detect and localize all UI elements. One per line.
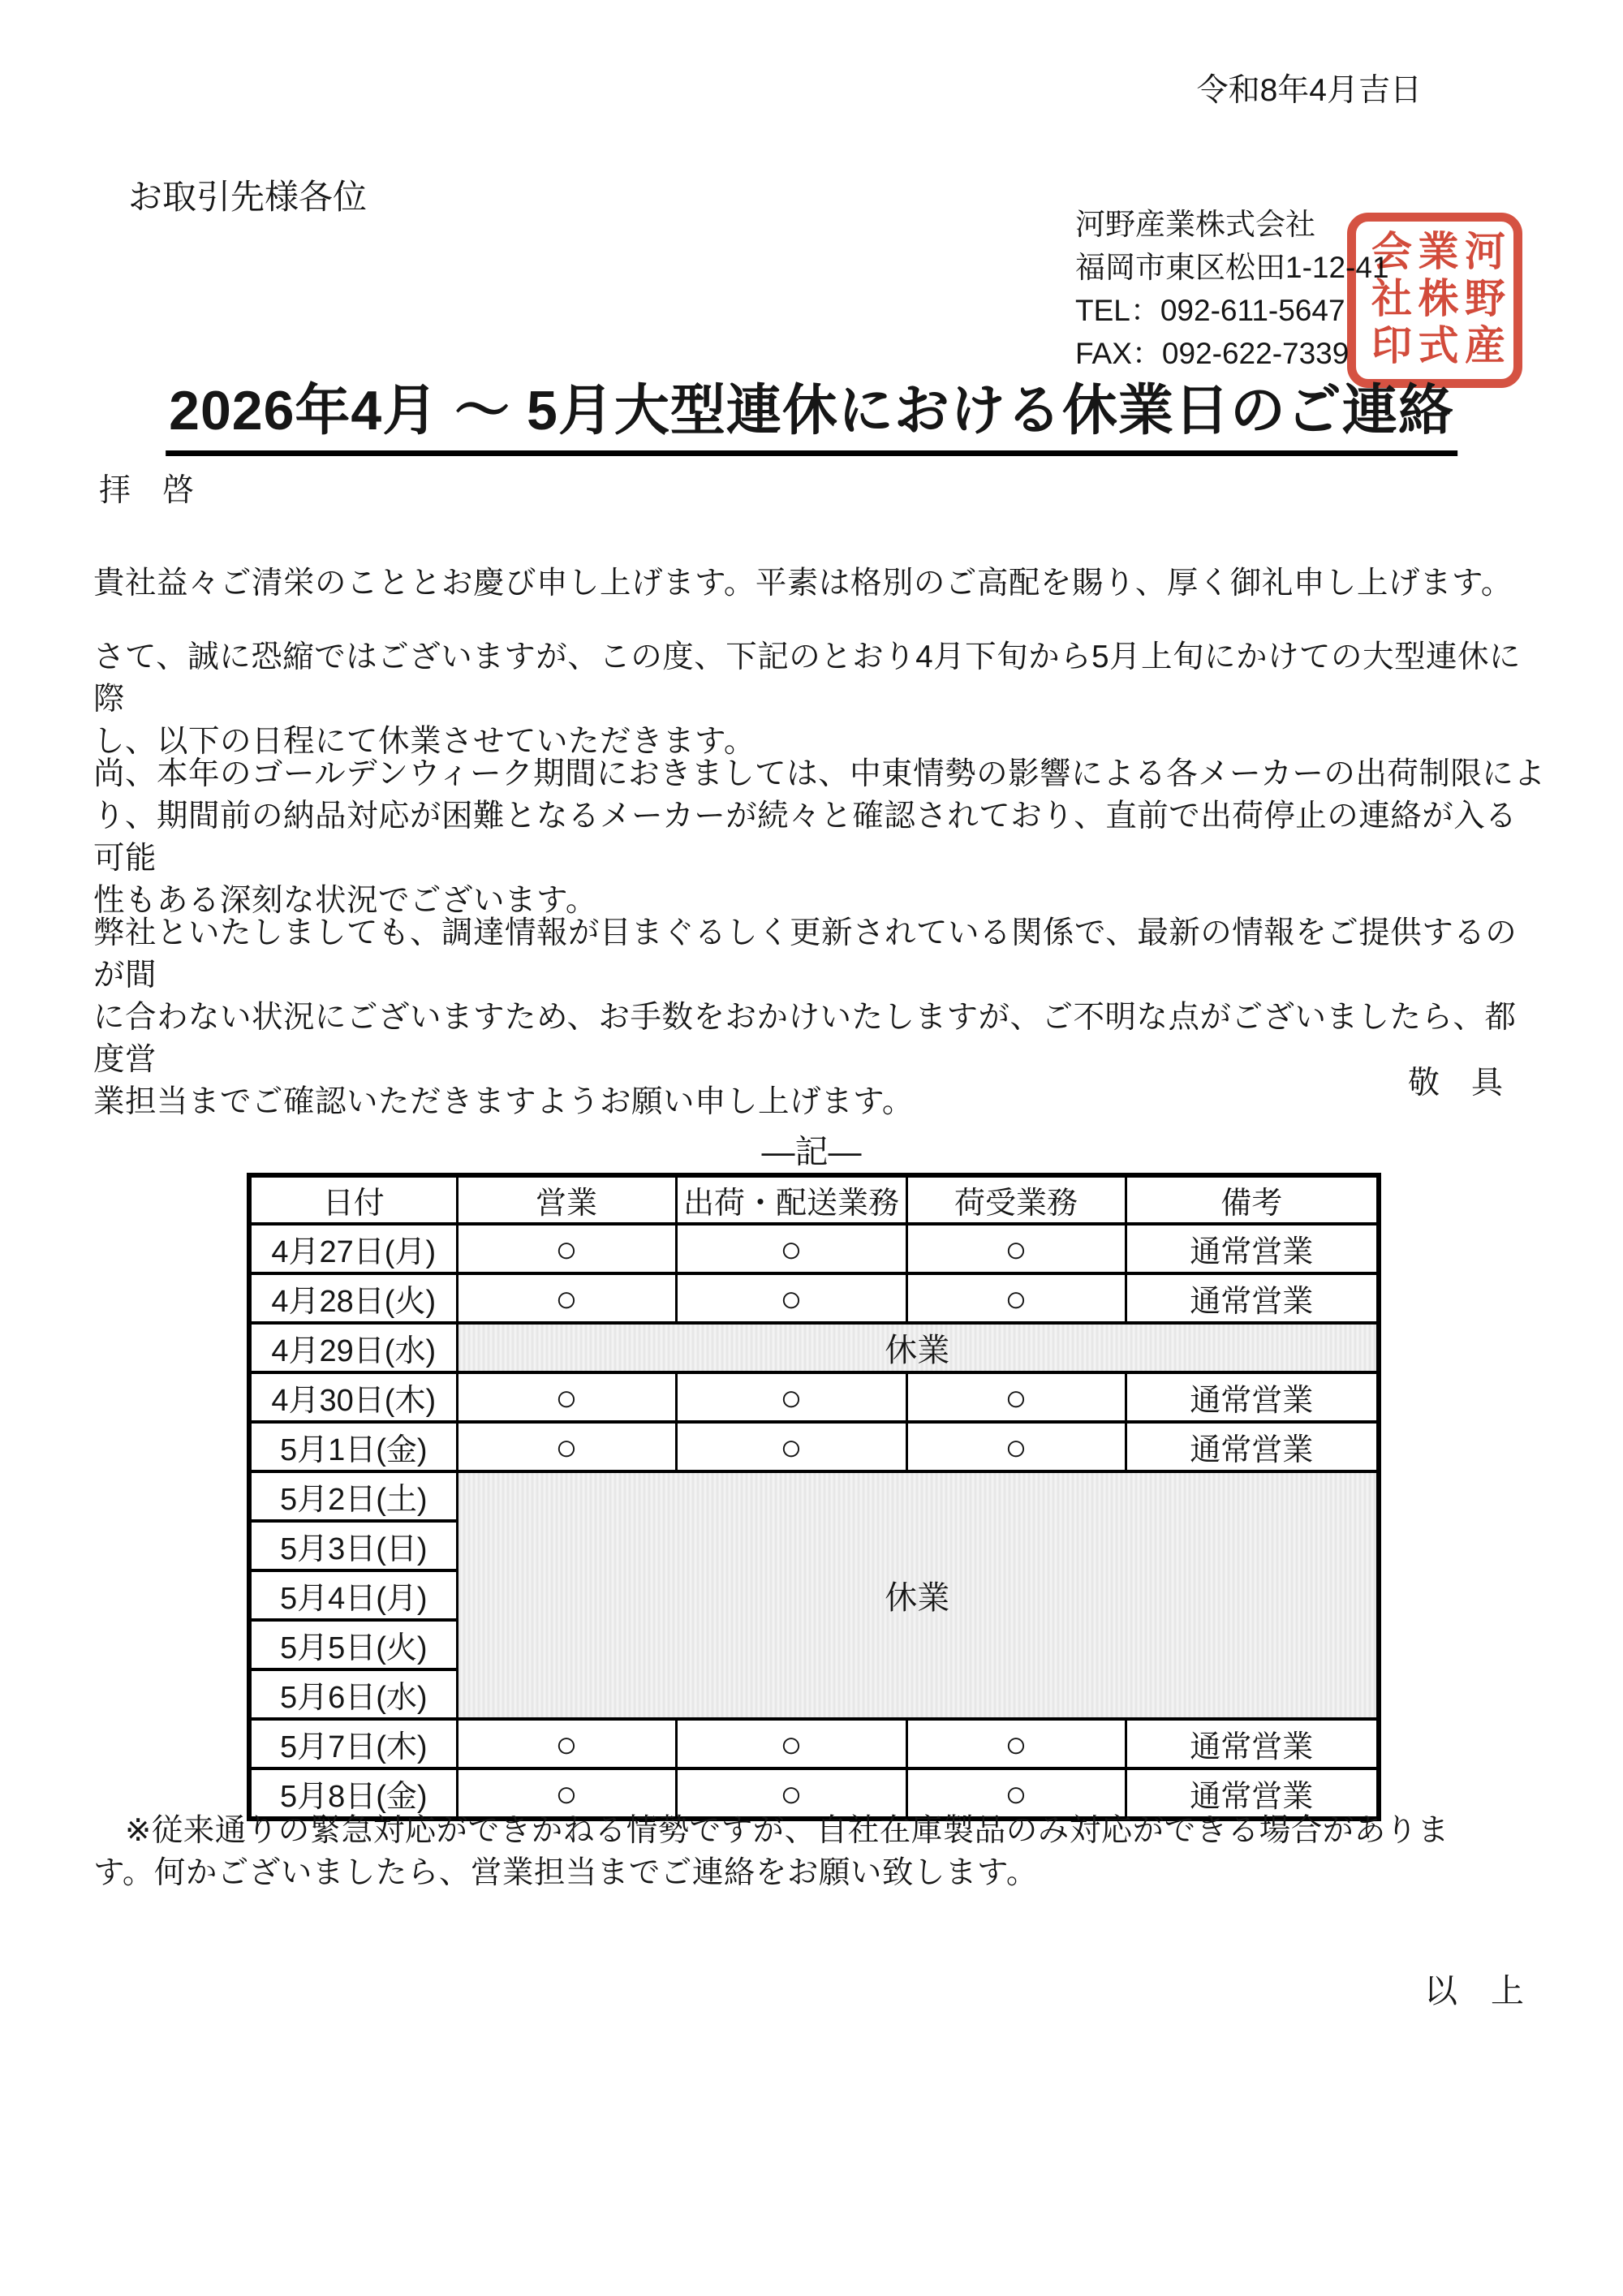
seal-column-middle: 業株式 [1413,230,1457,371]
remarks-cell: 通常営業 [1126,1719,1379,1768]
table-header-cell: 出荷・配送業務 [676,1175,906,1224]
table-row: 5月2日(土)休業 [249,1471,1379,1521]
company-tel: TEL：092-611-5647 [1075,289,1389,332]
company-name: 河野産業株式会社 [1075,203,1389,246]
status-mark-cell: ○ [676,1422,906,1471]
note-paragraph: ※従来通りの緊急対応ができかねる情勢ですが、自社在庫製品のみ対応ができる場合があ… [93,1810,1546,1894]
table-row: 5月1日(金)○○○通常営業 [249,1422,1379,1471]
status-mark-cell: ○ [457,1719,676,1768]
closing-marker: 以 上 [1424,1964,1524,2012]
table-row: 4月30日(木)○○○通常営業 [249,1372,1379,1422]
status-mark-cell: ○ [457,1273,676,1323]
date-cell: 5月7日(木) [249,1719,457,1768]
status-mark-cell: ○ [676,1719,906,1768]
date-cell: 4月27日(月) [249,1224,457,1273]
date-cell: 5月6日(水) [249,1669,457,1719]
seal-column-right: 河野産 [1459,230,1504,371]
status-mark-cell: ○ [457,1372,676,1422]
closed-cell: 休業 [457,1471,1379,1719]
table-row: 4月27日(月)○○○通常営業 [249,1224,1379,1273]
issue-date: 令和8年4月吉日 [1197,65,1422,110]
remarks-cell: 通常営業 [1126,1422,1379,1471]
salutation-close: 敬 具 [1408,1058,1503,1103]
status-mark-cell: ○ [676,1372,906,1422]
remarks-cell: 通常営業 [1126,1273,1379,1323]
status-mark-cell: ○ [906,1719,1126,1768]
status-mark-cell: ○ [676,1273,906,1323]
table-row: 4月29日(水)休業 [249,1323,1379,1372]
date-cell: 5月5日(火) [249,1620,457,1669]
date-cell: 4月29日(水) [249,1323,457,1372]
remarks-cell: 通常営業 [1126,1372,1379,1422]
status-mark-cell: ○ [906,1372,1126,1422]
table-header-cell: 荷受業務 [906,1175,1126,1224]
document-title: 2026年4月 ～ 5月大型連休における休業日のご連絡 [166,367,1457,456]
body-paragraph-3: 尚、本年のゴールデンウィーク期間におきましては、中東情勢の影響による各メーカーの… [93,753,1546,922]
company-seal-stamp: 河野産 業株式 会社印 [1347,213,1522,388]
date-cell: 5月4日(月) [249,1570,457,1620]
letter-page: 令和8年4月吉日 お取引先様各位 河野産業株式会社 福岡市東区松田1-12-41… [0,0,1623,2296]
closed-cell: 休業 [457,1323,1379,1372]
table-row: 5月7日(木)○○○通常営業 [249,1719,1379,1768]
company-block: 河野産業株式会社 福岡市東区松田1-12-41 TEL：092-611-5647… [1075,203,1389,375]
date-cell: 4月28日(火) [249,1273,457,1323]
table-header-row: 日付営業出荷・配送業務荷受業務備考 [249,1175,1379,1224]
date-cell: 4月30日(木) [249,1372,457,1422]
status-mark-cell: ○ [906,1422,1126,1471]
company-address: 福岡市東区松田1-12-41 [1075,246,1389,289]
date-cell: 5月2日(土) [249,1471,457,1521]
status-mark-cell: ○ [906,1273,1126,1323]
body-paragraph-1: 貴社益々ご清栄のこととお慶び申し上げます。平素は格別のご高配を賜り、厚く御礼申し… [93,562,1546,605]
table-row: 4月28日(火)○○○通常営業 [249,1273,1379,1323]
status-mark-cell: ○ [457,1422,676,1471]
table-header-cell: 日付 [249,1175,457,1224]
recipient: お取引先様各位 [128,170,367,219]
seal-column-left: 会社印 [1366,230,1410,371]
status-mark-cell: ○ [906,1224,1126,1273]
date-cell: 5月1日(金) [249,1422,457,1471]
record-marker: —記— [762,1125,862,1173]
status-mark-cell: ○ [676,1224,906,1273]
body-paragraph-4: 弊社といたしましても、調達情報が目まぐるしく更新されている関係で、最新の情報をご… [93,912,1546,1123]
body-paragraph-2: さて、誠に恐縮ではございますが、この度、下記のとおり4月下旬から5月上旬にかけて… [93,636,1546,763]
table-header-cell: 営業 [457,1175,676,1224]
date-cell: 5月3日(日) [249,1521,457,1570]
remarks-cell: 通常営業 [1126,1224,1379,1273]
status-mark-cell: ○ [457,1224,676,1273]
salutation-open: 拝 啓 [99,465,194,510]
holiday-schedule-table: 日付営業出荷・配送業務荷受業務備考4月27日(月)○○○通常営業4月28日(火)… [247,1173,1381,1821]
table-header-cell: 備考 [1126,1175,1379,1224]
